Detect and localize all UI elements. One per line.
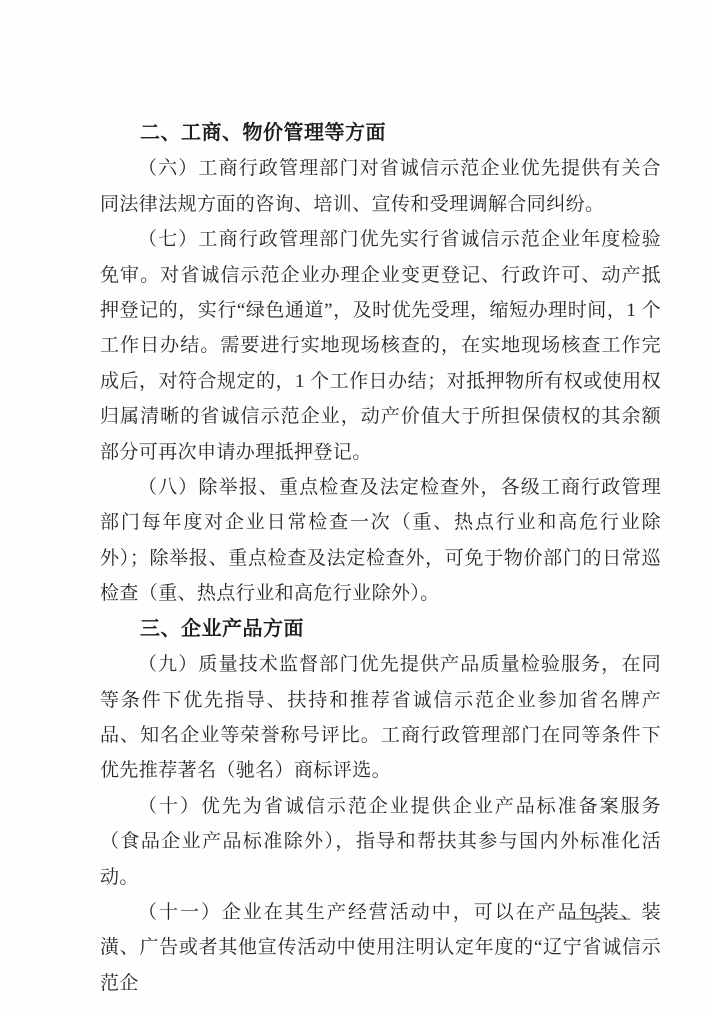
section-heading-commerce-pricing: 二、工商、物价管理等方面 <box>100 116 661 151</box>
paragraph-item-6: （六）工商行政管理部门对省诚信示范企业优先提供有关合同法律法规方面的咨询、培训、… <box>100 151 661 222</box>
document-body: 二、工商、物价管理等方面 （六）工商行政管理部门对省诚信示范企业优先提供有关合同… <box>100 116 661 1001</box>
paragraph-item-10: （十）优先为省诚信示范企业提供企业产品标准备案服务（食品企业产品标准除外），指导… <box>100 789 661 895</box>
paragraph-item-9: （九）质量技术监督部门优先提供产品质量检验服务，在同等条件下优先指导、扶持和推荐… <box>100 647 661 789</box>
section-heading-enterprise-products: 三、企业产品方面 <box>100 612 661 647</box>
document-page: 二、工商、物价管理等方面 （六）工商行政管理部门对省诚信示范企业优先提供有关合同… <box>0 0 709 1016</box>
page-number: — 5 — <box>535 908 665 928</box>
paragraph-item-7: （七）工商行政管理部门优先实行省诚信示范企业年度检验免审。对省诚信示范企业办理企… <box>100 222 661 470</box>
paragraph-item-8: （八）除举报、重点检查及法定检查外，各级工商行政管理部门每年度对企业日常检查一次… <box>100 470 661 612</box>
